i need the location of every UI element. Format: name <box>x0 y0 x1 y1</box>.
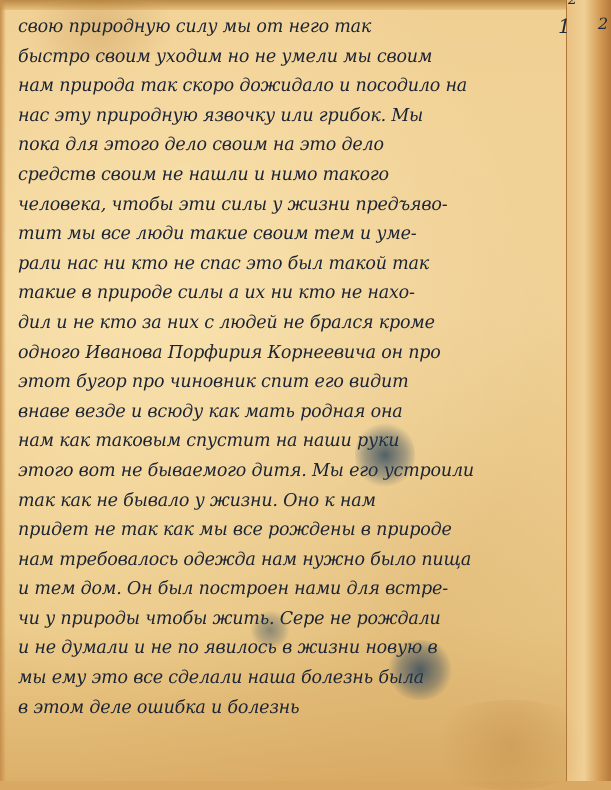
text-line: так как не бывало у жизни. Оно к нам <box>18 487 558 517</box>
handwritten-text-body: свою природную силу мы от него так быстр… <box>18 13 558 723</box>
next-page-edge <box>566 0 611 781</box>
text-line: внаве везде и всюду как мать родная она <box>18 398 558 428</box>
page-left-edge <box>0 0 6 781</box>
text-line: в этом деле ошибка и болезнь <box>18 694 558 724</box>
text-line: средств своим не нашли и нимо такого <box>18 161 558 191</box>
page-number-previous: 2 <box>568 0 577 8</box>
text-line: и тем дом. Он был построен нами для встр… <box>18 575 558 605</box>
text-line: такие в природе силы а их ни кто не нахо… <box>18 279 558 309</box>
text-line: мы ему это все сделали наша болезнь была <box>18 664 558 694</box>
text-line: дил и не кто за них с людей не брался кр… <box>18 309 558 339</box>
text-line: нас эту природную язвочку или грибок. Мы <box>18 102 558 132</box>
ink-blot <box>385 640 455 700</box>
text-line: и не думали и не по явилось в жизни нову… <box>18 634 558 664</box>
text-line: этого вот не бываемого дитя. Мы его устр… <box>18 457 558 487</box>
text-line: придет не так как мы все рождены в приро… <box>18 516 558 546</box>
text-line: свою природную силу мы от него так <box>18 13 558 43</box>
page-number: 1 <box>558 14 571 38</box>
manuscript-page: 2 1 2 свою природную силу мы от него так… <box>0 0 611 781</box>
text-line: нам требовалось одежда нам нужно было пи… <box>18 546 558 576</box>
text-line: рали нас ни кто не спас это был такой та… <box>18 250 558 280</box>
ink-blot <box>355 420 415 490</box>
text-line: пока для этого дело своим на это дело <box>18 131 558 161</box>
text-line: человека, чтобы эти силы у жизни предъяв… <box>18 191 558 221</box>
text-line: одного Иванова Порфирия Корнеевича он пр… <box>18 339 558 369</box>
text-line: нам как таковым спустит на наши руки <box>18 427 558 457</box>
text-line: быстро своим уходим но не умели мы своим <box>18 43 558 73</box>
text-line: этот бугор про чиновник спит его видит <box>18 368 558 398</box>
page-number-next: 2 <box>598 14 608 33</box>
ink-blot <box>250 610 290 650</box>
text-line: нам природа так скоро дожидало и посодил… <box>18 72 558 102</box>
text-line: тит мы все люди такие своим тем и уме- <box>18 220 558 250</box>
